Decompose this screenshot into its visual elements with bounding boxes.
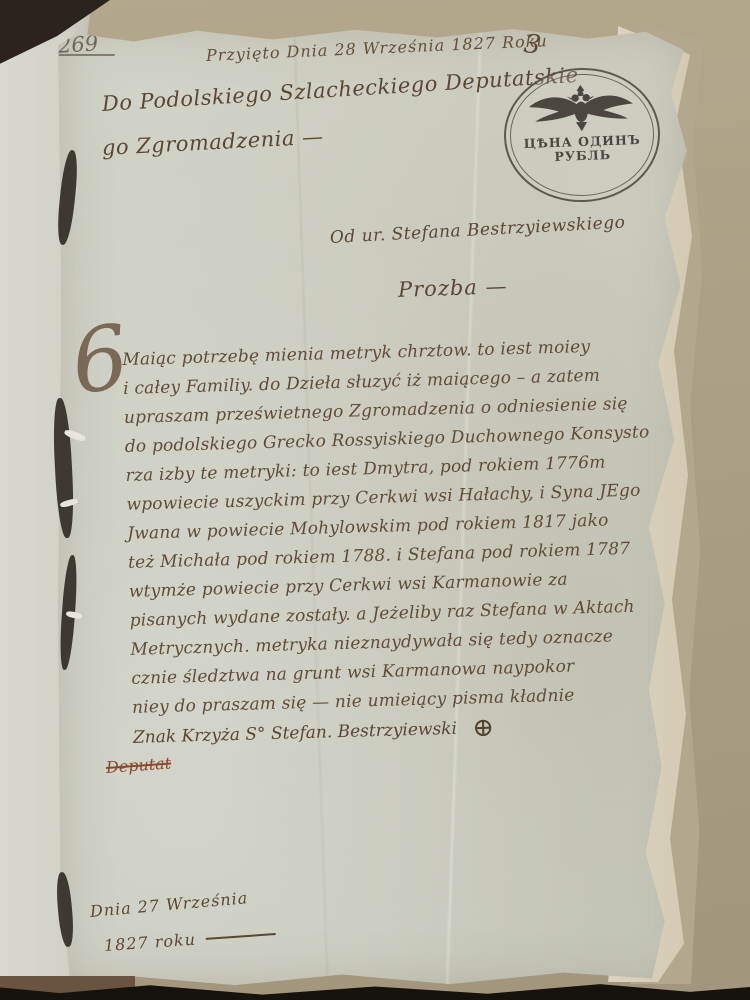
double-headed-eagle-icon <box>522 81 640 137</box>
address-line-2: go Zgromadzenia — <box>101 124 324 160</box>
revenue-stamp: ЦѢНА ОДИНЪ РУБЛЬ <box>502 65 663 204</box>
petition-body: Maiąc potrzebę mienia metryk chrztow. to… <box>122 331 678 754</box>
manuscript-page: 269 Przyięto Dnia 28 Września 1827 Roku … <box>58 26 690 988</box>
address-line-1: Do Podolskiego Szlacheckiego Deputatskie <box>101 63 579 116</box>
date-line-1: Dnia 27 Września <box>89 888 249 921</box>
received-note: Przyięto Dnia 28 Września 1827 Roku <box>206 31 548 65</box>
signature-text: Znak Krzyża S° Stefan. Bestrzyiewski <box>133 719 457 748</box>
petitioner-line: Od ur. Stefana Bestrzyiewskiego <box>329 213 625 248</box>
date-flourish-line <box>206 933 276 940</box>
date-line-2-text: 1827 roku <box>103 930 196 955</box>
date-line-2: 1827 roku <box>103 924 276 955</box>
petition-title: Prozba — <box>398 274 508 302</box>
page-number: 3 <box>522 29 543 61</box>
revenue-stamp-inner-ring: ЦѢНА ОДИНЪ РУБЛЬ <box>508 72 656 199</box>
archive-number-underline <box>59 54 115 56</box>
stamp-text-line-2: РУБЛЬ <box>554 148 611 164</box>
archival-photo: 269 Przyięto Dnia 28 Września 1827 Roku … <box>0 0 750 1000</box>
struck-word: Deputat <box>105 753 171 777</box>
signature-cross-mark: ⊕ <box>472 713 495 744</box>
